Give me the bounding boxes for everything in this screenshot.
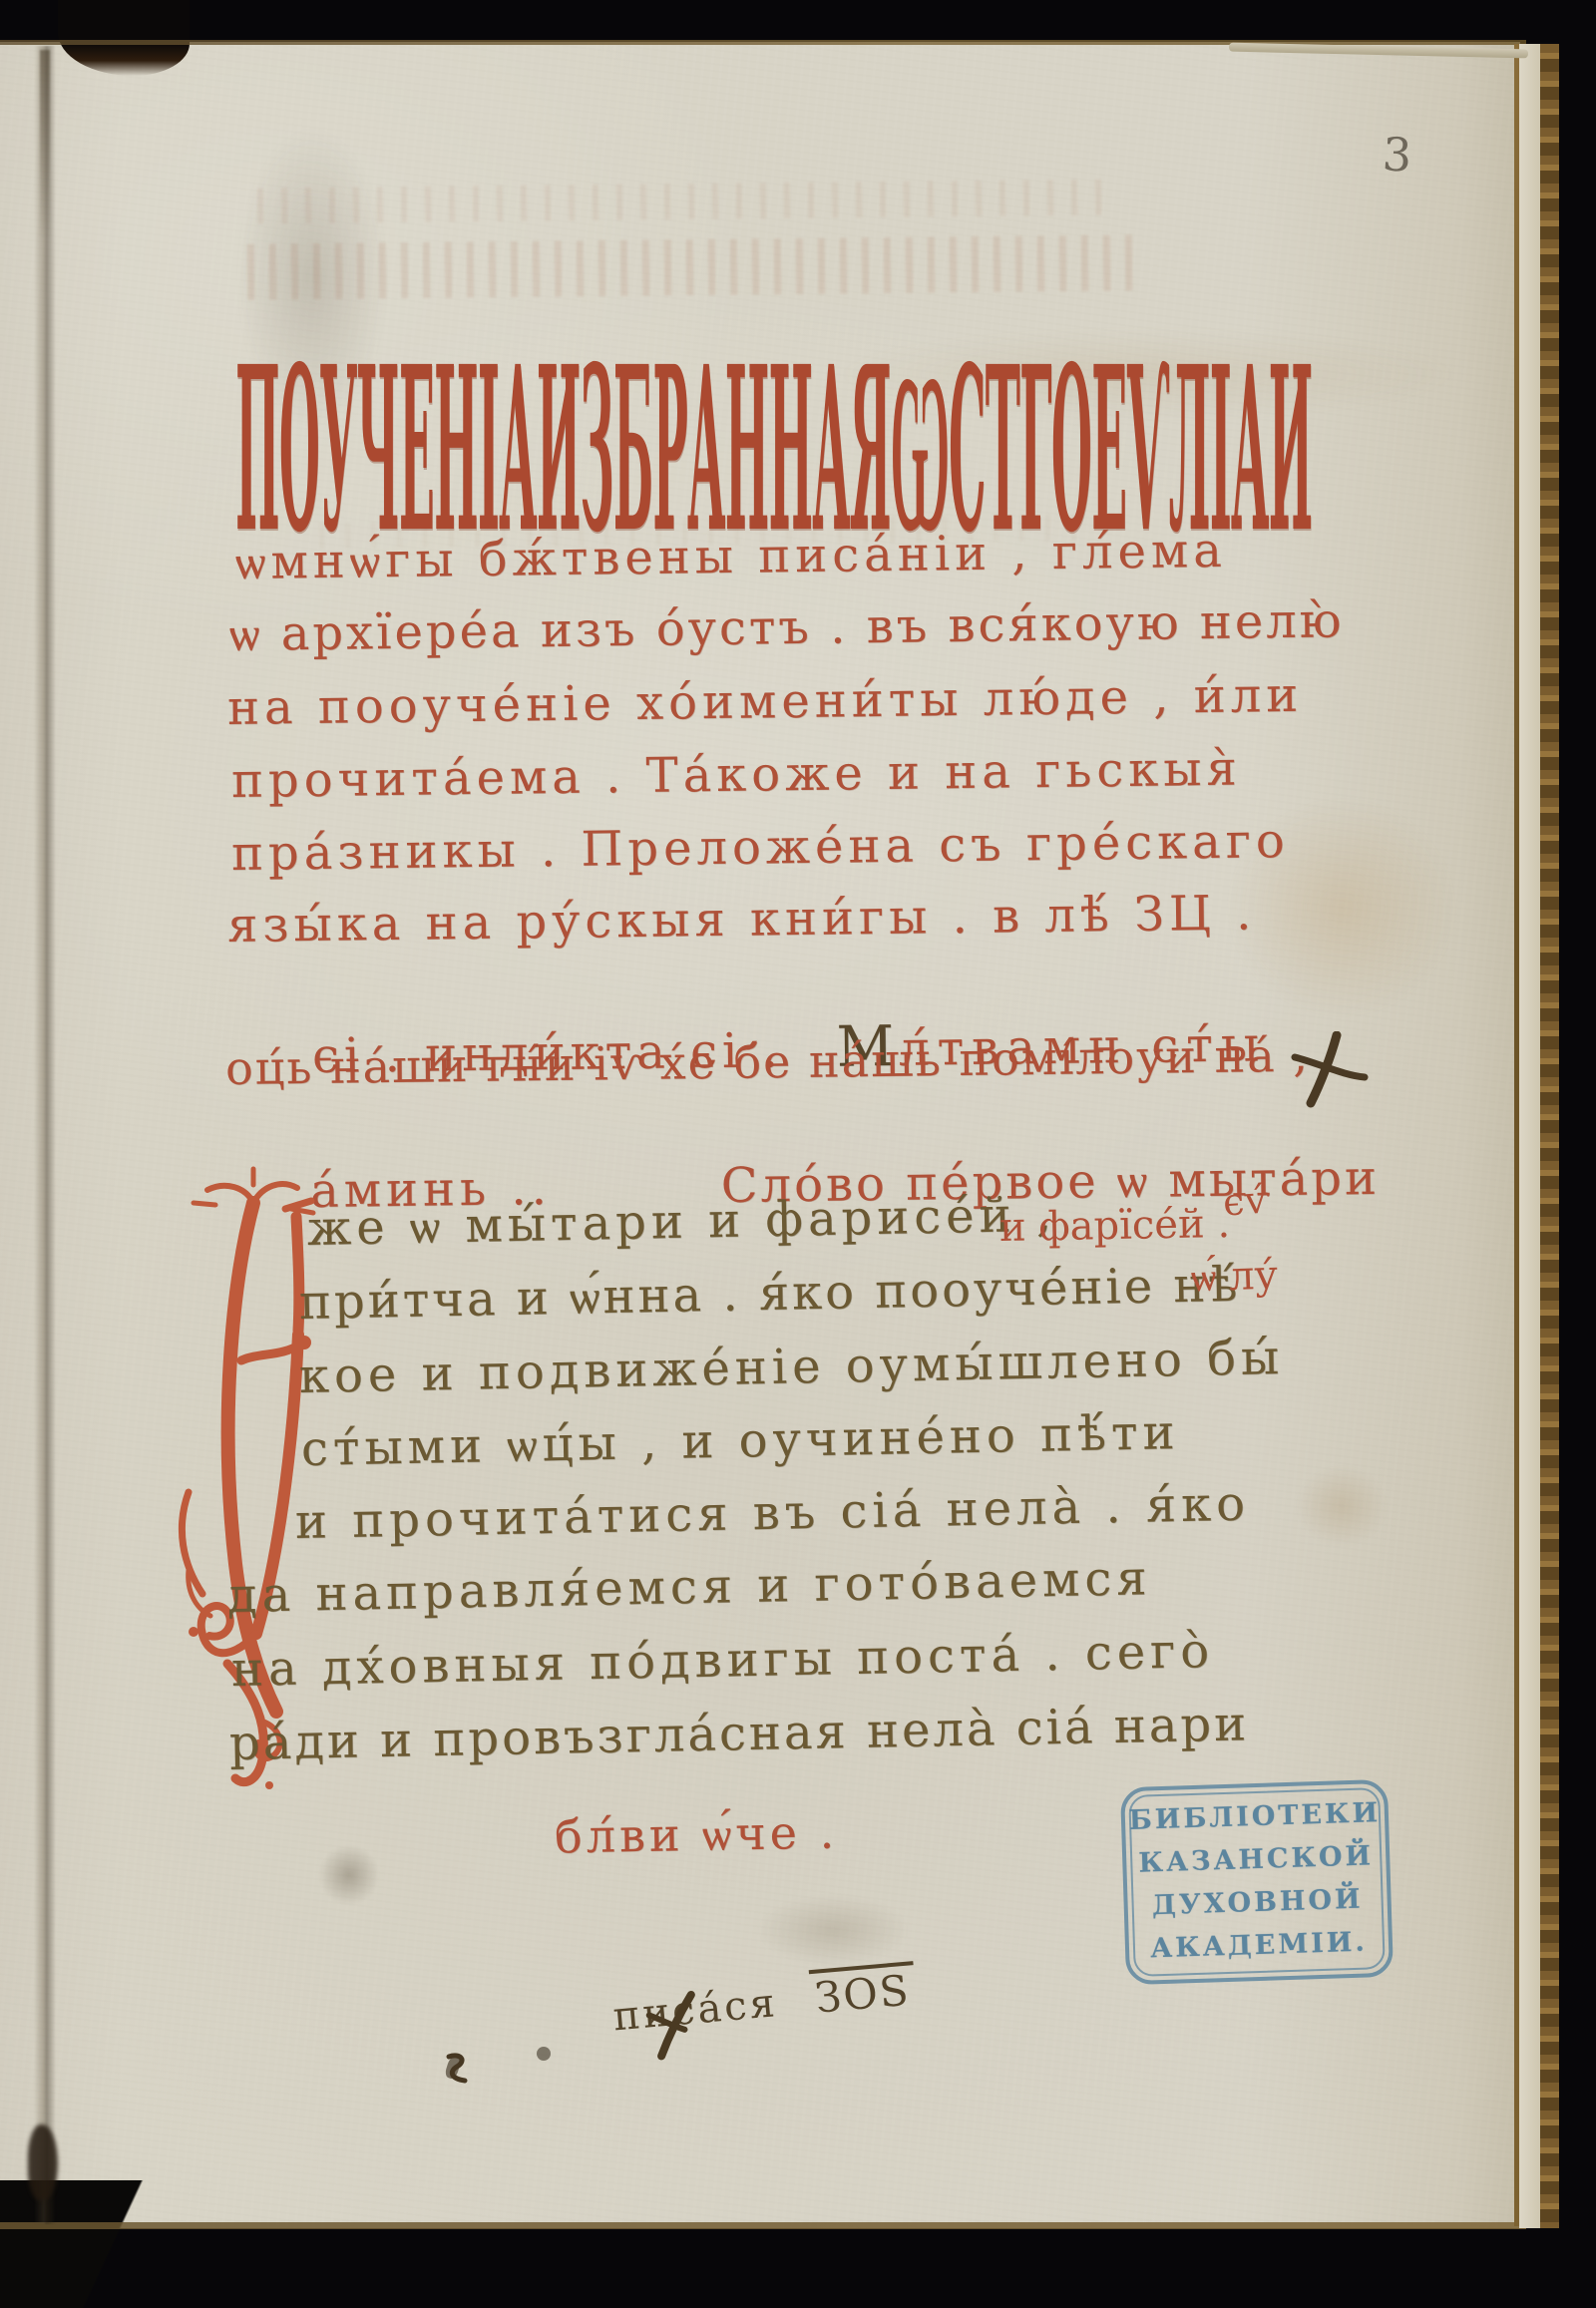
stamp-line: АКАДЕМІИ.	[1128, 1920, 1389, 1971]
pen-squiggle	[445, 2051, 471, 2085]
red-gloss-inline: и фарїсе́й .	[999, 1201, 1231, 1251]
background-right	[1558, 0, 1596, 2308]
library-stamp: БИБЛІОТЕКИ КАЗАНСКОЙ ДУХОВНОЙ АКАДЕМІИ.	[1120, 1779, 1394, 1985]
thousands-mark-icon	[641, 1988, 706, 2064]
rubric-line: язы́ка на ру́скыя кни́гы . в лѣ́ ЗЦ .	[227, 887, 1257, 952]
blessing-rubric: бл́ви ѡ́че .	[555, 1805, 839, 1864]
gutter-crease	[34, 46, 56, 2224]
rubric-line: прочита́ема . Та́коже и на гьскыя̀	[231, 743, 1242, 808]
gutter-crease-top	[40, 50, 50, 239]
manuscript-photo: 3 ПОУЧЕНІАИЗБРАННАЯѠСТГОЕѴЛІАИ ѡмнѡ́гы б…	[0, 0, 1596, 2308]
decorated-initial-letter	[158, 1163, 332, 1809]
margin-source-gloss: ѡ́ лу́	[1190, 1251, 1279, 1301]
folio-number: 3	[1382, 127, 1413, 182]
ink-blot	[28, 2124, 58, 2200]
margin-cross-mark	[1291, 1031, 1371, 1109]
rubric-line: пра́зникы . Преложе́на съ гре́скаго	[231, 815, 1290, 881]
background-top	[0, 0, 1596, 42]
rubric-line: ѡмнѡ́гы бж́твены писа́ніи , гл́ема	[235, 525, 1227, 589]
evangel-abbreviation: єѵ́	[1222, 1177, 1272, 1224]
fore-edge	[1540, 44, 1559, 2228]
colophon-year: ЗОЅ	[809, 1961, 919, 2023]
background-bottom	[0, 2230, 1596, 2308]
background-corner	[0, 2180, 176, 2308]
page-bottom-edge	[0, 2222, 1526, 2229]
